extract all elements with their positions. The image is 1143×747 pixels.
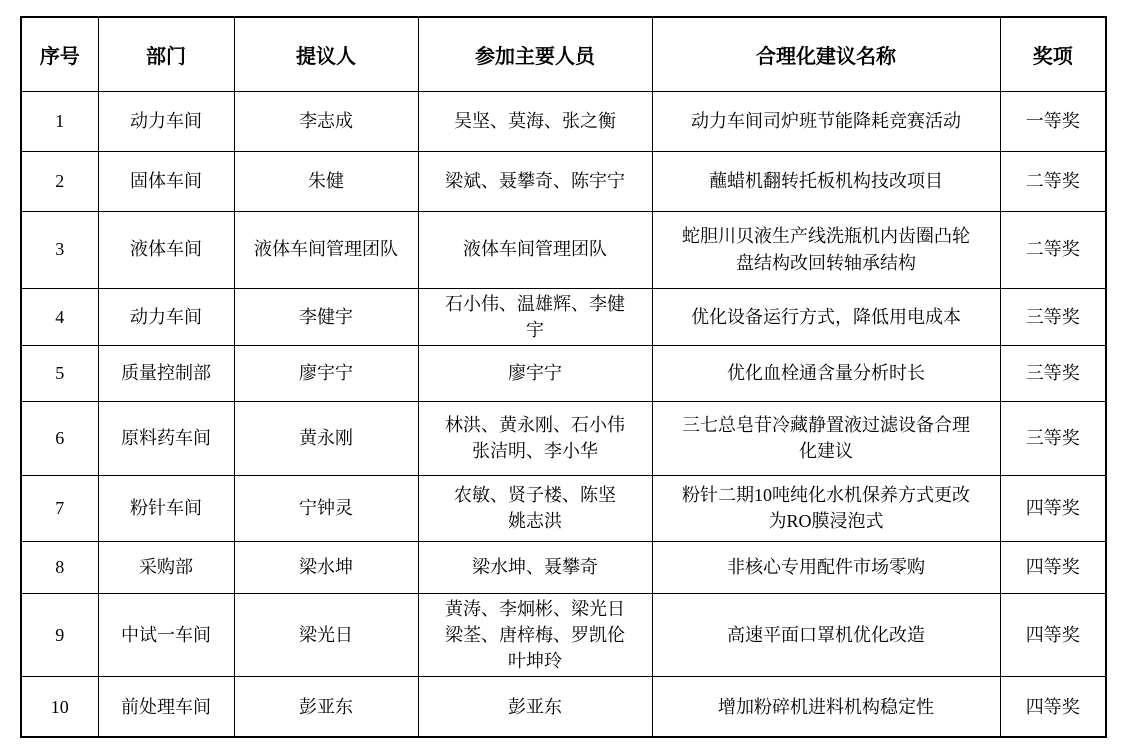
table-row: 4 动力车间 李健宇 石小伟、温雄辉、李健 宇 优化设备运行方式，降低用电成本 … [21,288,1106,345]
cell-award: 一等奖 [1000,91,1106,151]
cell-proposer: 梁光日 [234,593,418,676]
cell-proposer: 李健宇 [234,288,418,345]
cell-proposer: 梁水坤 [234,541,418,593]
cell-proposer: 朱健 [234,151,418,211]
cell-suggestion: 动力车间司炉班节能降耗竞赛活动 [652,91,1000,151]
table-row: 5 质量控制部 廖宇宁 廖宇宁 优化血栓通含量分析时长 三等奖 [21,345,1106,401]
cell-dept: 动力车间 [98,288,234,345]
table-row: 7 粉针车间 宁钟灵 农敏、贤子楼、陈坚 姚志洪 粉针二期10吨纯化水机保养方式… [21,475,1106,541]
cell-participants: 吴坚、莫海、张之衡 [418,91,652,151]
table-row: 10 前处理车间 彭亚东 彭亚东 增加粉碎机进料机构稳定性 四等奖 [21,676,1106,737]
header-row: 序号 部门 提议人 参加主要人员 合理化建议名称 奖项 [21,17,1106,91]
cell-suggestion: 蛇胆川贝液生产线洗瓶机内齿圈凸轮 盘结构改回转轴承结构 [652,211,1000,288]
cell-dept: 液体车间 [98,211,234,288]
cell-seq: 6 [21,401,98,475]
cell-seq: 8 [21,541,98,593]
table-row: 9 中试一车间 梁光日 黄涛、李炯彬、梁光日 梁荃、唐梓梅、罗凯伦 叶坤玲 高速… [21,593,1106,676]
cell-award: 四等奖 [1000,475,1106,541]
cell-proposer: 宁钟灵 [234,475,418,541]
cell-award: 三等奖 [1000,401,1106,475]
cell-seq: 3 [21,211,98,288]
cell-participants: 液体车间管理团队 [418,211,652,288]
header-seq: 序号 [21,17,98,91]
awards-table: 序号 部门 提议人 参加主要人员 合理化建议名称 奖项 1 动力车间 李志成 吴… [20,16,1107,738]
cell-dept: 原料药车间 [98,401,234,475]
cell-award: 二等奖 [1000,151,1106,211]
cell-suggestion: 优化设备运行方式，降低用电成本 [652,288,1000,345]
table-row: 3 液体车间 液体车间管理团队 液体车间管理团队 蛇胆川贝液生产线洗瓶机内齿圈凸… [21,211,1106,288]
header-suggestion: 合理化建议名称 [652,17,1000,91]
cell-suggestion: 高速平面口罩机优化改造 [652,593,1000,676]
table-row: 2 固体车间 朱健 梁斌、聂攀奇、陈宇宁 蘸蜡机翻转托板机构技改项目 二等奖 [21,151,1106,211]
cell-participants: 林洪、黄永刚、石小伟 张洁明、李小华 [418,401,652,475]
cell-participants: 石小伟、温雄辉、李健 宇 [418,288,652,345]
cell-suggestion: 粉针二期10吨纯化水机保养方式更改 为RO膜浸泡式 [652,475,1000,541]
cell-award: 四等奖 [1000,676,1106,737]
cell-seq: 4 [21,288,98,345]
header-participants: 参加主要人员 [418,17,652,91]
cell-dept: 采购部 [98,541,234,593]
cell-dept: 中试一车间 [98,593,234,676]
cell-participants: 梁水坤、聂攀奇 [418,541,652,593]
cell-award: 三等奖 [1000,288,1106,345]
cell-award: 四等奖 [1000,593,1106,676]
cell-suggestion: 蘸蜡机翻转托板机构技改项目 [652,151,1000,211]
cell-dept: 前处理车间 [98,676,234,737]
cell-participants: 农敏、贤子楼、陈坚 姚志洪 [418,475,652,541]
table-row: 1 动力车间 李志成 吴坚、莫海、张之衡 动力车间司炉班节能降耗竞赛活动 一等奖 [21,91,1106,151]
cell-suggestion: 增加粉碎机进料机构稳定性 [652,676,1000,737]
cell-suggestion: 非核心专用配件市场零购 [652,541,1000,593]
cell-seq: 1 [21,91,98,151]
cell-dept: 质量控制部 [98,345,234,401]
cell-participants: 廖宇宁 [418,345,652,401]
cell-award: 四等奖 [1000,541,1106,593]
cell-participants: 梁斌、聂攀奇、陈宇宁 [418,151,652,211]
header-proposer: 提议人 [234,17,418,91]
cell-suggestion: 三七总皂苷冷藏静置液过滤设备合理 化建议 [652,401,1000,475]
header-dept: 部门 [98,17,234,91]
table-row: 6 原料药车间 黄永刚 林洪、黄永刚、石小伟 张洁明、李小华 三七总皂苷冷藏静置… [21,401,1106,475]
header-award: 奖项 [1000,17,1106,91]
cell-participants: 彭亚东 [418,676,652,737]
cell-dept: 固体车间 [98,151,234,211]
cell-proposer: 彭亚东 [234,676,418,737]
cell-seq: 9 [21,593,98,676]
cell-award: 三等奖 [1000,345,1106,401]
cell-seq: 10 [21,676,98,737]
cell-proposer: 黄永刚 [234,401,418,475]
cell-dept: 粉针车间 [98,475,234,541]
cell-award: 二等奖 [1000,211,1106,288]
table-row: 8 采购部 梁水坤 梁水坤、聂攀奇 非核心专用配件市场零购 四等奖 [21,541,1106,593]
cell-dept: 动力车间 [98,91,234,151]
cell-proposer: 廖宇宁 [234,345,418,401]
cell-participants: 黄涛、李炯彬、梁光日 梁荃、唐梓梅、罗凯伦 叶坤玲 [418,593,652,676]
cell-seq: 2 [21,151,98,211]
cell-suggestion: 优化血栓通含量分析时长 [652,345,1000,401]
cell-seq: 5 [21,345,98,401]
cell-seq: 7 [21,475,98,541]
cell-proposer: 液体车间管理团队 [234,211,418,288]
cell-proposer: 李志成 [234,91,418,151]
